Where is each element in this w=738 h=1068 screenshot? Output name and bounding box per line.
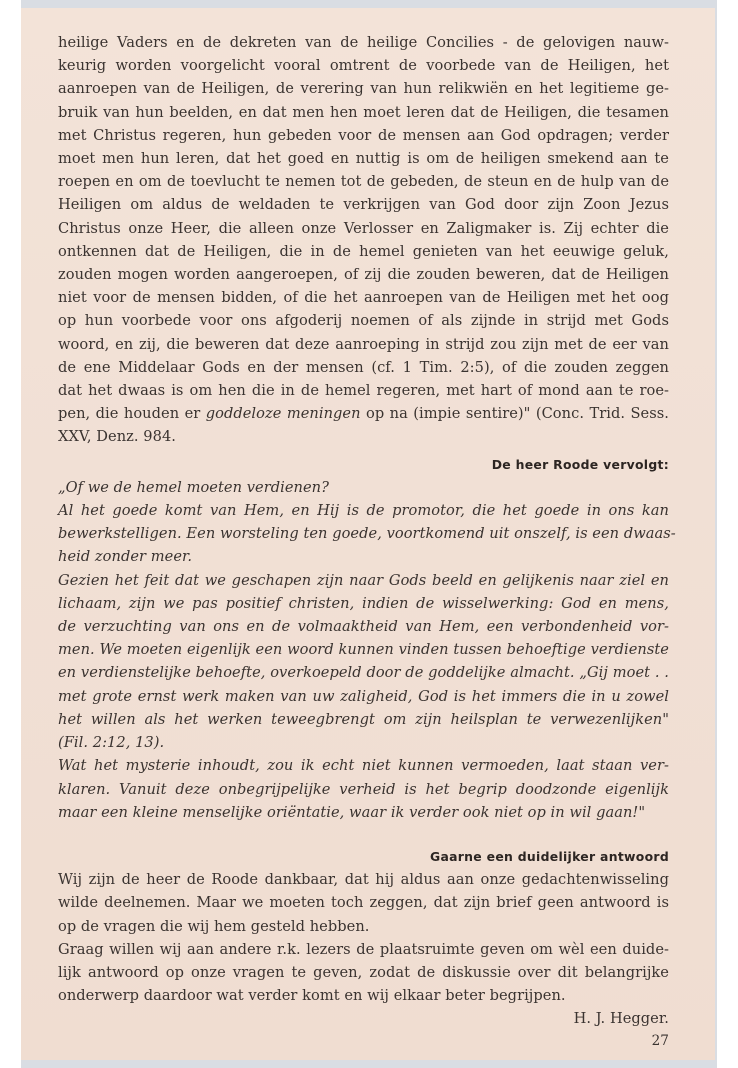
council-quote-paragraph: heilige Vaders en de dekreten van de hei… [58, 31, 669, 449]
text-line: ontkennen dat de Heiligen, die in de hem… [58, 240, 669, 263]
text-line: onderwerp daardoor wat verder komt en wi… [58, 984, 669, 1007]
text-line: Gezien het feit dat we geschapen zijn na… [58, 569, 669, 592]
text-line: wilde deelnemen. Maar we moeten toch zeg… [58, 891, 669, 914]
author-signature: H. J. Hegger. [58, 1007, 669, 1030]
text-line: keurig worden voorgelicht vooral omtrent… [58, 54, 669, 77]
text-line: bewerkstelligen. Een worsteling ten goed… [58, 522, 669, 545]
text-line: Al het goede komt van Hem, en Hij is de … [58, 499, 669, 522]
page-number: 27 [58, 1031, 669, 1051]
text-line: men. We moeten eigenlijk een woord kunne… [58, 638, 669, 661]
text-line: woord, en zij, die beweren dat deze aanr… [58, 333, 669, 356]
text-line: het willen als het werken teweegbrengt o… [58, 708, 669, 731]
text-line: de verzuchting van ons en de volmaakthei… [58, 615, 669, 638]
roode-letter-quote: „Of we de hemel moeten verdienen? Al het… [58, 476, 669, 824]
text-line: Graag willen wij aan andere r.k. lezers … [58, 938, 669, 961]
text-line: lijk antwoord op onze vragen te geven, z… [58, 961, 669, 984]
text-line: roepen en om de toevlucht te nemen tot d… [58, 170, 669, 193]
text-line-mixed: pen, die houden er goddeloze meningen op… [58, 402, 669, 425]
emphasis-text: goddeloze meningen [206, 405, 361, 422]
text-line: heilige Vaders en de dekreten van de hei… [58, 31, 669, 54]
text-line: Wij zijn de heer de Roode dankbaar, dat … [58, 868, 669, 891]
text-line: maar een kleine menselijke oriëntatie, w… [58, 801, 669, 824]
text-line: heid zonder meer. [58, 545, 669, 568]
page-content: heilige Vaders en de dekreten van de hei… [58, 31, 669, 1051]
reply-paragraph: Wij zijn de heer de Roode dankbaar, dat … [58, 868, 669, 1007]
text-line: Christus onze Heer, die alleen onze Verl… [58, 217, 669, 240]
text-line: op hun voorbede voor ons afgoderij noeme… [58, 309, 669, 332]
text-line: met grote ernst werk maken van uw zaligh… [58, 685, 669, 708]
text-line: met Christus regeren, hun gebeden voor d… [58, 124, 669, 147]
text-line: en verdienstelijke behoefte, overkoepeld… [58, 661, 669, 684]
text-line: de ene Middelaar Gods en der mensen (cf.… [58, 356, 669, 379]
text-line: Wat het mysterie inhoudt, zou ik echt ni… [58, 754, 669, 777]
text-line: zouden mogen worden aangeroepen, of zij … [58, 263, 669, 286]
text-line: aanroepen van de Heiligen, de verering v… [58, 77, 669, 100]
section-heading-roode: De heer Roode vervolgt: [58, 453, 669, 476]
text-line: dat het dwaas is om hen die in de hemel … [58, 379, 669, 402]
text-line: Heiligen om aldus de weldaden te verkrij… [58, 193, 669, 216]
text-line: moet men hun leren, dat het goed en nutt… [58, 147, 669, 170]
text-fragment: op na (impie sentire)" (Conc. Trid. Sess… [361, 405, 669, 422]
quote-opening: „Of we de hemel moeten verdienen? [58, 476, 669, 499]
text-line: lichaam, zijn we pas positief christen, … [58, 592, 669, 615]
citation-line: XXV, Denz. 984. [58, 425, 669, 448]
text-fragment: pen, die houden er [58, 405, 206, 422]
text-line: klaren. Vanuit deze onbegrijpelijke verh… [58, 778, 669, 801]
text-line: bruik van hun beelden, en dat men hen mo… [58, 101, 669, 124]
text-line: op de vragen die wij hem gesteld hebben. [58, 915, 669, 938]
text-line: (Fil. 2:12, 13). [58, 731, 669, 754]
section-heading-clearer-answer: Gaarne een duidelijker antwoord [58, 845, 669, 868]
text-line: niet voor de mensen bidden, of die het a… [58, 286, 669, 309]
